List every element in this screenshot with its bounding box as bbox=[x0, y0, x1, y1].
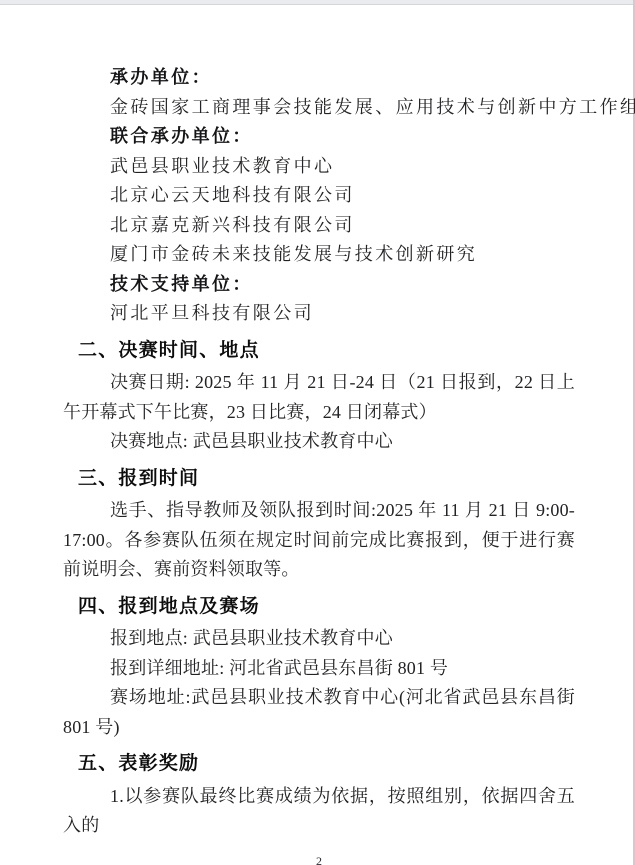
paragraph-awards: 1.以参赛队最终比赛成绩为依据，按照组别，依据四舍五入的 bbox=[63, 782, 575, 841]
paragraph-checkin-address: 报到详细地址: 河北省武邑县东昌街 801 号 bbox=[63, 654, 575, 684]
co-host-unit: 厦门市金砖未来技能发展与技术创新研究 bbox=[63, 240, 575, 270]
co-host-unit: 北京嘉克新兴科技有限公司 bbox=[63, 211, 575, 241]
co-host-unit: 武邑县职业技术教育中心 bbox=[63, 152, 575, 182]
section-heading-checkin-place: 四、报到地点及赛场 bbox=[63, 592, 575, 622]
paragraph-venue-address: 赛场地址:武邑县职业技术教育中心(河北省武邑县东昌街 801 号) bbox=[63, 683, 575, 742]
paragraph-checkin-time: 选手、指导教师及领队报到时间:2025 年 11 月 21 日 9:00-17:… bbox=[63, 496, 575, 585]
host-unit-label: 承办单位： bbox=[63, 63, 575, 93]
co-host-unit: 北京心云天地科技有限公司 bbox=[63, 181, 575, 211]
section-heading-final-time-place: 二、决赛时间、地点 bbox=[63, 336, 575, 366]
document-page: 承办单位： 金砖国家工商理事会技能发展、应用技术与创新中方工作组 联合承办单位：… bbox=[0, 0, 635, 865]
page-number: 2 bbox=[63, 853, 575, 865]
tech-support-unit-value: 河北平旦科技有限公司 bbox=[63, 299, 575, 329]
tech-support-unit-label: 技术支持单位： bbox=[63, 270, 575, 300]
host-unit-value: 金砖国家工商理事会技能发展、应用技术与创新中方工作组 bbox=[63, 93, 575, 123]
co-host-units-label: 联合承办单位： bbox=[63, 122, 575, 152]
section-heading-awards: 五、表彰奖励 bbox=[63, 749, 575, 779]
page-content: 承办单位： 金砖国家工商理事会技能发展、应用技术与创新中方工作组 联合承办单位：… bbox=[63, 5, 575, 865]
paragraph-final-date: 决赛日期: 2025 年 11 月 21 日-24 日（21 日报到，22 日上… bbox=[63, 368, 575, 427]
paragraph-checkin-place: 报到地点: 武邑县职业技术教育中心 bbox=[63, 624, 575, 654]
paragraph-final-place: 决赛地点: 武邑县职业技术教育中心 bbox=[63, 427, 575, 457]
section-heading-checkin-time: 三、报到时间 bbox=[63, 464, 575, 494]
